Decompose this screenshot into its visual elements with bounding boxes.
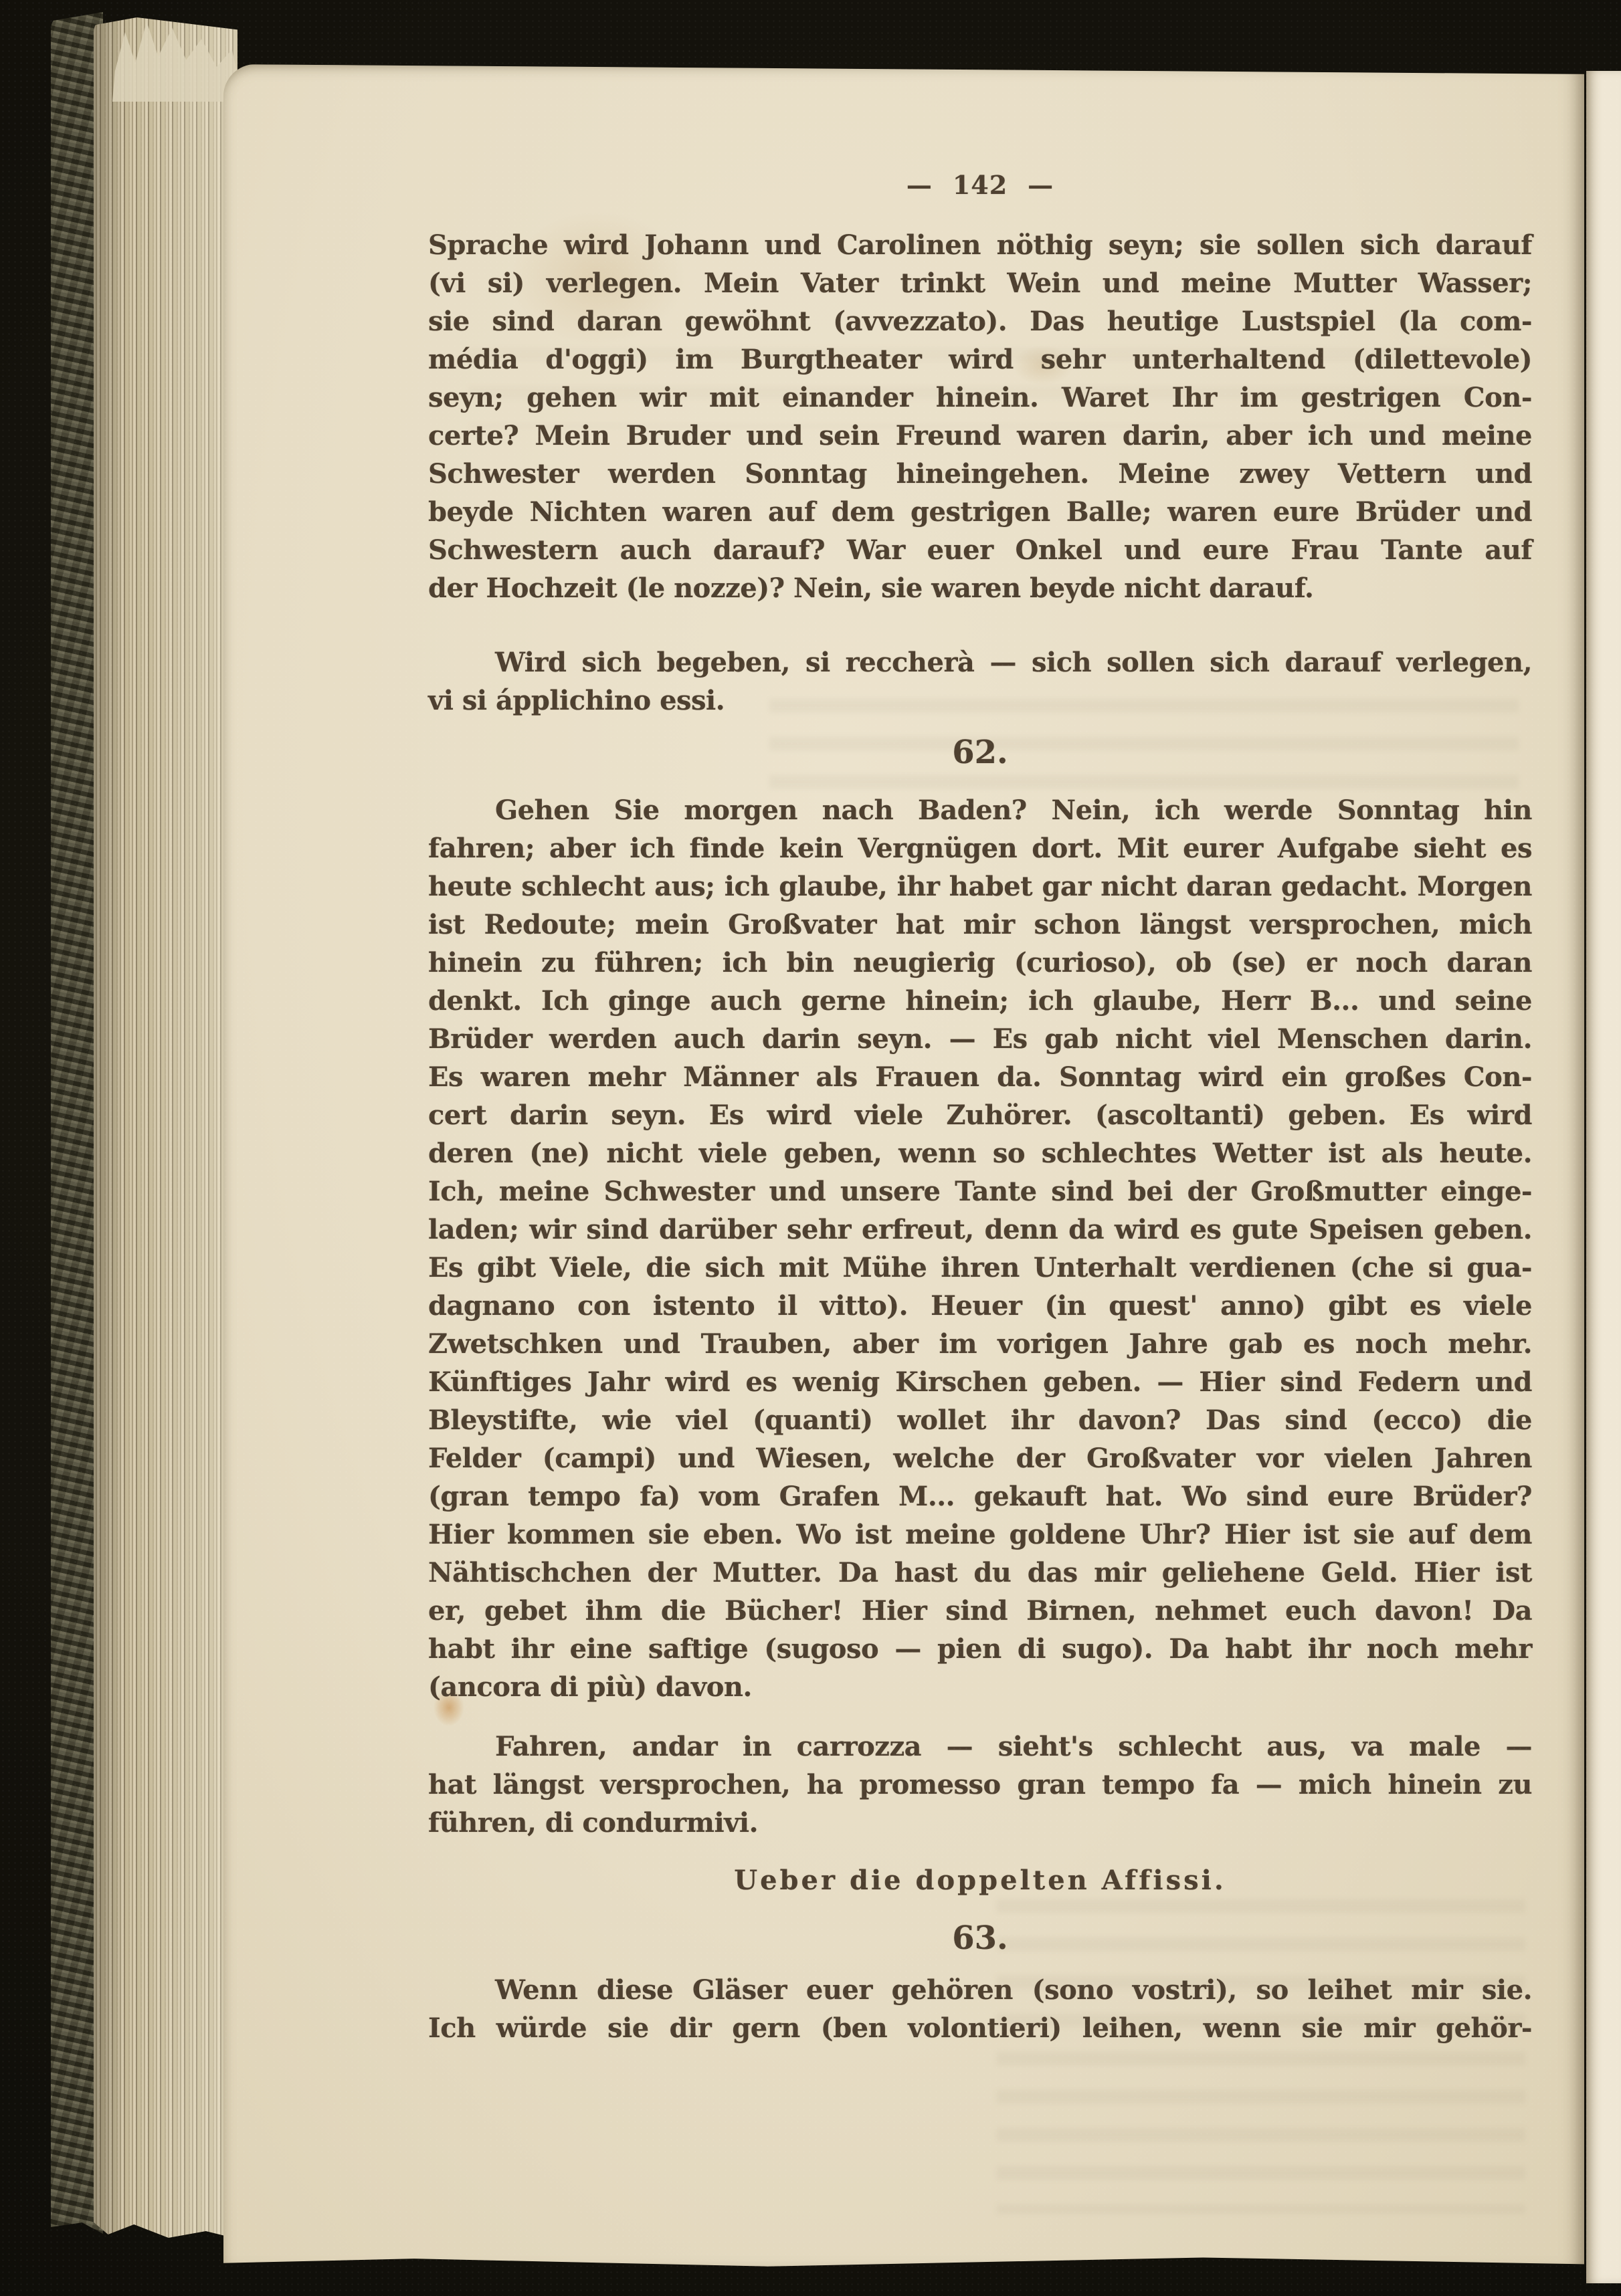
text-line: Fahren, andar in carrozza — sieht's schl… (428, 1728, 1532, 1766)
text-line: Brüder werden auch darin seyn. — Es gab … (428, 1020, 1532, 1058)
text-line: laden; wir sind darüber sehr erfreut, de… (428, 1211, 1532, 1249)
text-line: Schwestern auch darauf? War euer Onkel u… (428, 531, 1532, 569)
text-line: hinein zu führen; ich bin neugierig (cur… (428, 944, 1532, 982)
text-line: certe? Mein Bruder und sein Freund waren… (428, 417, 1532, 455)
text-line: deren (ne) nicht viele geben, wenn so sc… (428, 1134, 1532, 1172)
text-line: heute schlecht aus; ich glaube, ihr habe… (428, 867, 1532, 906)
text-line: cert darin seyn. Es wird viele Zuhörer. … (428, 1096, 1532, 1134)
text-line: Zwetschken und Trauben, aber im vorigen … (428, 1325, 1532, 1363)
text-line: beyde Nichten waren auf dem gestrigen Ba… (428, 493, 1532, 531)
text-line: ist Redoute; mein Großvater hat mir scho… (428, 906, 1532, 944)
page-number-value: 142 (953, 170, 1008, 200)
text-column: —142— Sprache wird Johann und Carolinen … (428, 166, 1532, 2047)
text-line: Ich, meine Schwester und unsere Tante si… (428, 1172, 1532, 1211)
text-line: Künftiges Jahr wird es wenig Kirschen ge… (428, 1363, 1532, 1401)
adjacent-page-sliver (1586, 71, 1621, 2283)
text-line: Wenn diese Gläser euer gehören (sono vos… (428, 1971, 1532, 2009)
text-line: Es waren mehr Männer als Frauen da. Sonn… (428, 1058, 1532, 1096)
text-line: Wird sich begeben, si reccherà — sich so… (428, 643, 1532, 682)
page-number-dash-right: — (1028, 170, 1054, 200)
text-line: Ich würde sie dir gern (ben volontieri) … (428, 2009, 1532, 2047)
text-line: Sprache wird Johann und Carolinen nöthig… (428, 226, 1532, 264)
text-line: (gran tempo fa) vom Grafen M... gekauft … (428, 1477, 1532, 1516)
text-line: habt ihr eine saftige (sugoso — pien di … (428, 1630, 1532, 1668)
text-line: denkt. Ich ginge auch gerne hinein; ich … (428, 982, 1532, 1020)
page-number: —142— (428, 166, 1532, 204)
paragraph: Wenn diese Gläser euer gehören (sono vos… (428, 1971, 1532, 2047)
section-heading: 62. (428, 734, 1532, 772)
text-line: der Hochzeit (le nozze)? Nein, sie waren… (428, 569, 1532, 607)
paragraph: Sprache wird Johann und Carolinen nöthig… (428, 226, 1532, 607)
text-line: Gehen Sie morgen nach Baden? Nein, ich w… (428, 791, 1532, 829)
photo-background: —142— Sprache wird Johann und Carolinen … (0, 0, 1621, 2296)
text-line: hat längst versprochen, ha promesso gran… (428, 1766, 1532, 1804)
page-number-dash-left: — (907, 170, 933, 200)
paragraph: Gehen Sie morgen nach Baden? Nein, ich w… (428, 791, 1532, 1706)
text-line: Nähtischchen der Mutter. Da hast du das … (428, 1554, 1532, 1592)
text-line: er, gebet ihm die Bücher! Hier sind Birn… (428, 1592, 1532, 1630)
paragraph: Fahren, andar in carrozza — sieht's schl… (428, 1728, 1532, 1842)
text-line: média d'oggi) im Burgtheater wird sehr u… (428, 340, 1532, 379)
text-line: Schwester werden Sonntag hineingehen. Me… (428, 455, 1532, 493)
text-line: fahren; aber ich finde kein Vergnügen do… (428, 829, 1532, 867)
chapter-heading: Ueber die doppelten Affissi. (428, 1861, 1532, 1899)
text-line: Felder (campi) und Wiesen, welche der Gr… (428, 1439, 1532, 1477)
text-line: Hier kommen sie eben. Wo ist meine golde… (428, 1516, 1532, 1554)
text-line: dagnano con istento il vitto). Heuer (in… (428, 1287, 1532, 1325)
text-line: (vi si) verlegen. Mein Vater trinkt Wein… (428, 264, 1532, 302)
text-line: führen, di condurmivi. (428, 1804, 1532, 1842)
text-line: sie sind daran gewöhnt (avvezzato). Das … (428, 302, 1532, 340)
text-line: vi si ápplichino essi. (428, 682, 1532, 720)
text-line: seyn; gehen wir mit einander hinein. War… (428, 379, 1532, 417)
text-line: (ancora di più) davon. (428, 1668, 1532, 1706)
section-heading: 63. (428, 1919, 1532, 1958)
text-line: Es gibt Viele, die sich mit Mühe ihren U… (428, 1249, 1532, 1287)
book-page-edge-stack (94, 17, 237, 2245)
paragraph: Wird sich begeben, si reccherà — sich so… (428, 643, 1532, 720)
text-line: Bleystifte, wie viel (quanti) wollet ihr… (428, 1401, 1532, 1439)
